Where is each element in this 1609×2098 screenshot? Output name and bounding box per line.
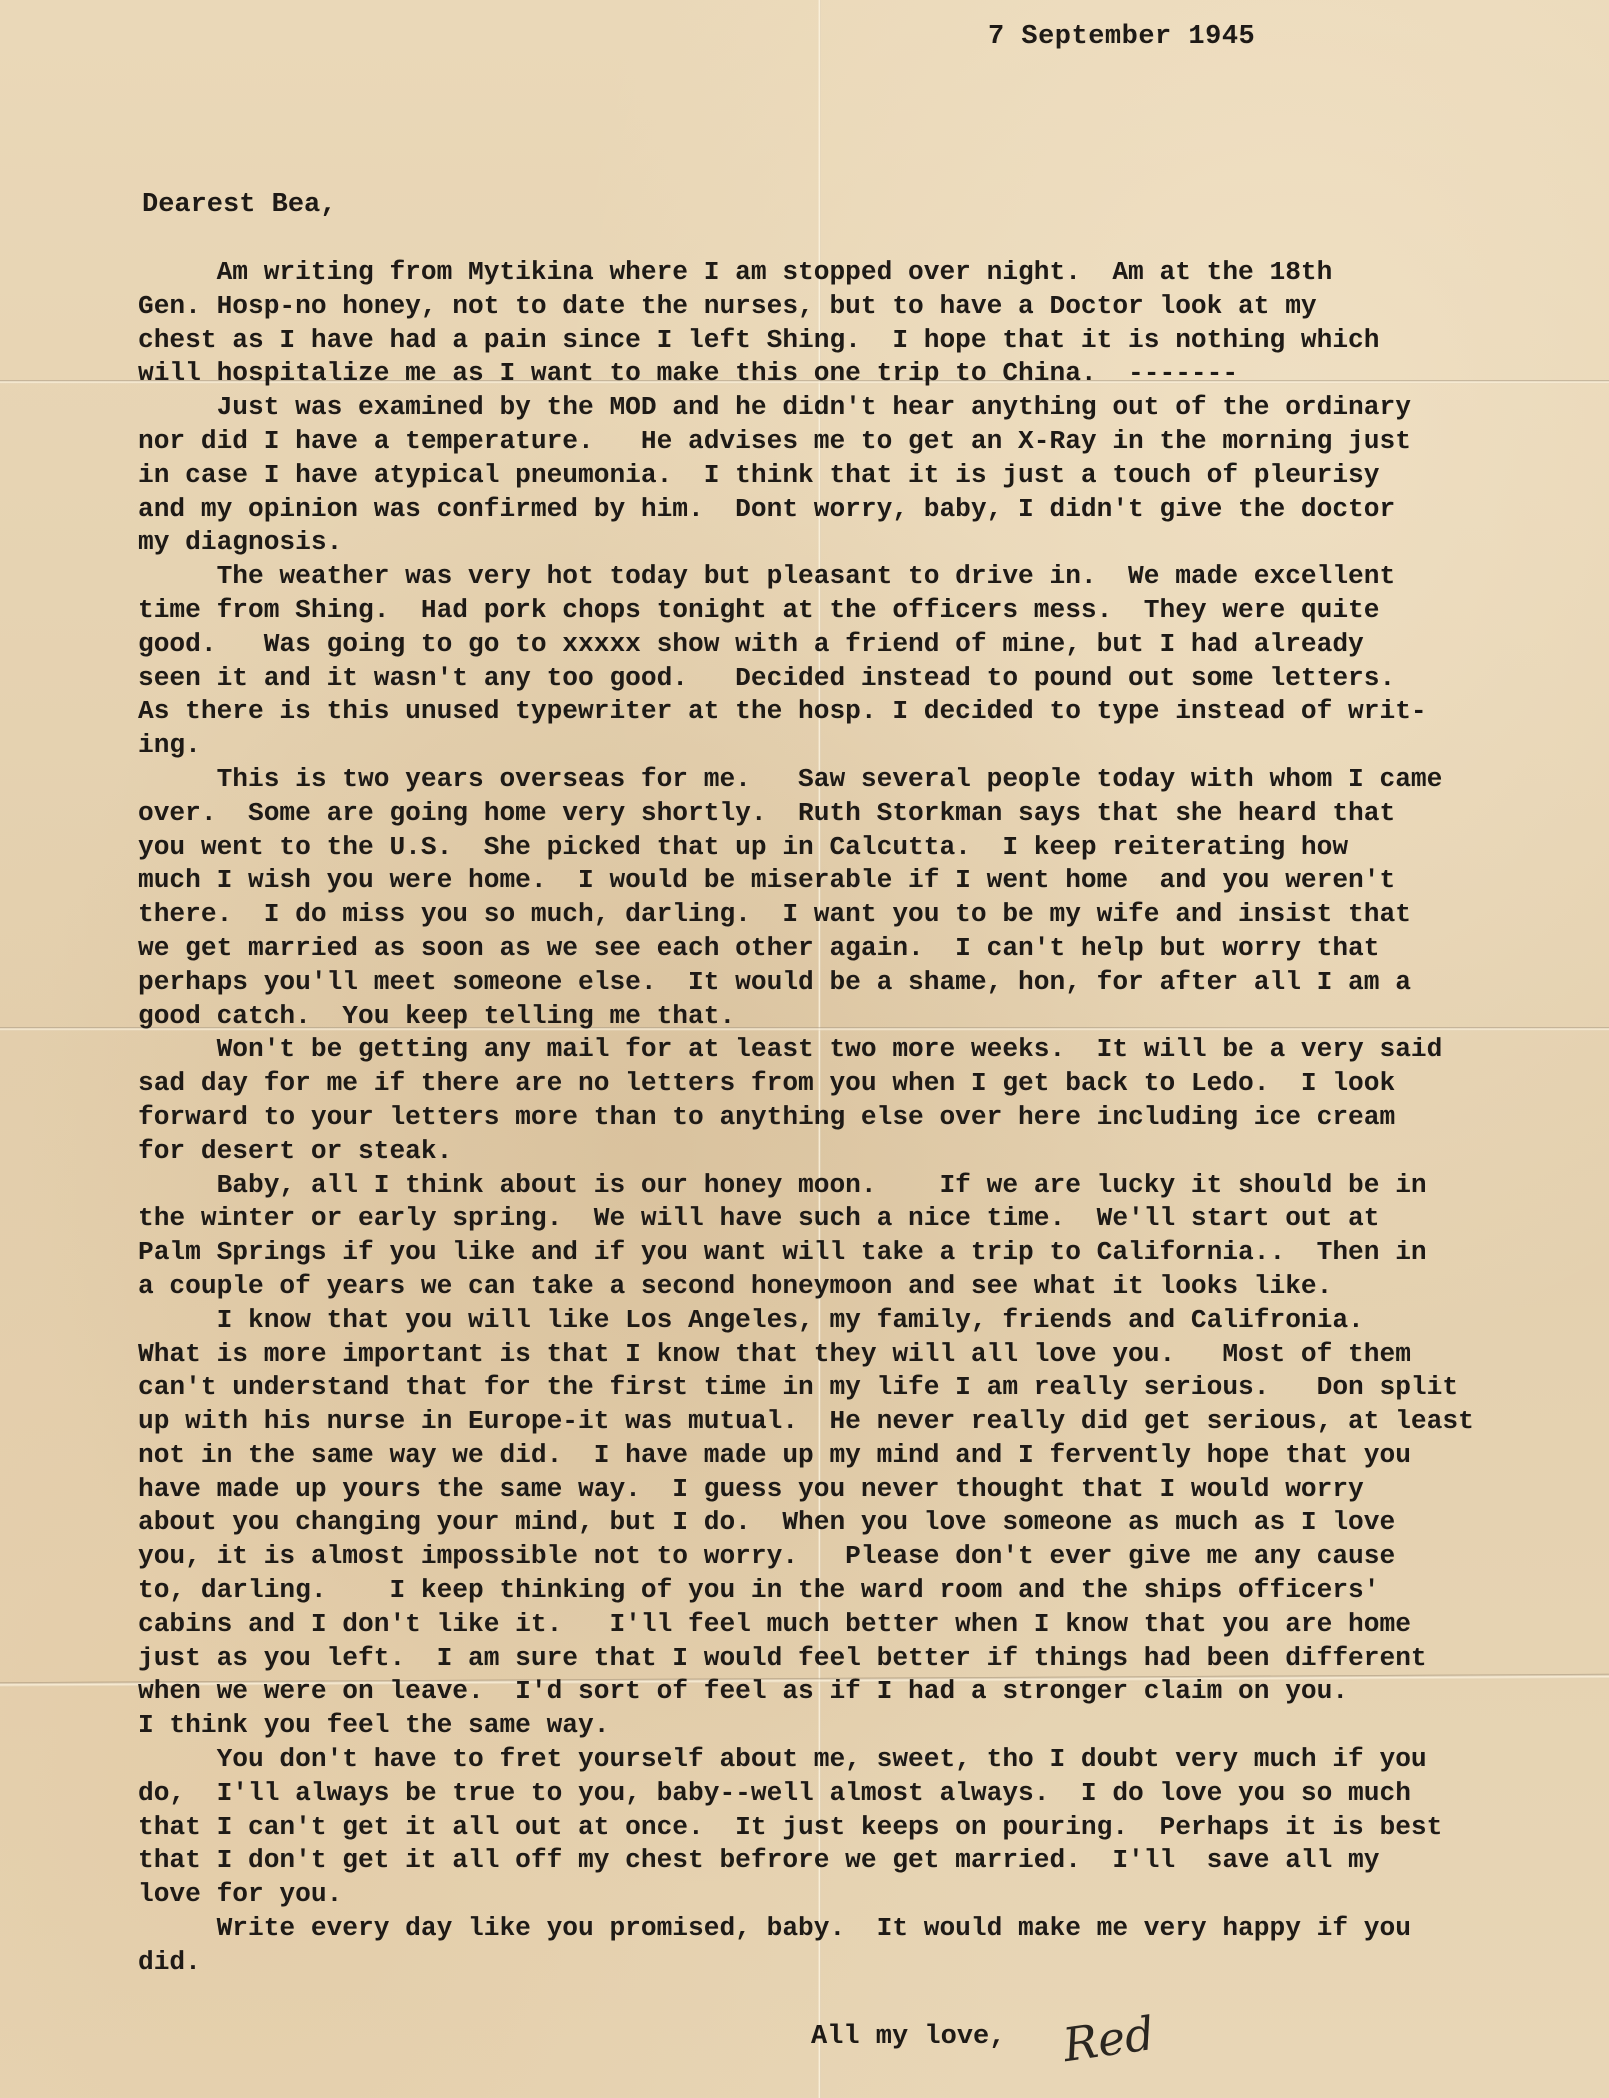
letter-line: Palm Springs if you like and if you want… — [138, 1236, 1578, 1270]
letter-line: This is two years overseas for me. Saw s… — [138, 763, 1578, 797]
letter-line: about you changing your mind, but I do. … — [138, 1506, 1578, 1540]
letter-line: a couple of years we can take a second h… — [138, 1270, 1578, 1304]
letter-line: up with his nurse in Europe-it was mutua… — [138, 1405, 1578, 1439]
handwritten-signature: Red — [1060, 2006, 1158, 2072]
letter-line: for desert or steak. — [138, 1135, 1578, 1169]
letter-line: my diagnosis. — [138, 526, 1578, 560]
letter-line: we get married as soon as we see each ot… — [138, 932, 1578, 966]
letter-line: you went to the U.S. She picked that up … — [138, 831, 1578, 865]
letter-line: forward to your letters more than to any… — [138, 1101, 1578, 1135]
letter-line: You don't have to fret yourself about me… — [138, 1743, 1578, 1777]
letter-line: the winter or early spring. We will have… — [138, 1202, 1578, 1236]
letter-line: over. Some are going home very shortly. … — [138, 797, 1578, 831]
letter-line: there. I do miss you so much, darling. I… — [138, 898, 1578, 932]
letter-line: do, I'll always be true to you, baby--we… — [138, 1777, 1578, 1811]
letter-line: cabins and I don't like it. I'll feel mu… — [138, 1608, 1578, 1642]
letter-line: seen it and it wasn't any too good. Deci… — [138, 662, 1578, 696]
letter-line: Am writing from Mytikina where I am stop… — [138, 256, 1578, 290]
letter-line: Gen. Hosp-no honey, not to date the nurs… — [138, 290, 1578, 324]
letter-line: nor did I have a temperature. He advises… — [138, 425, 1578, 459]
letter-line: much I wish you were home. I would be mi… — [138, 864, 1578, 898]
letter-line: in case I have atypical pneumonia. I thi… — [138, 459, 1578, 493]
letter-line: to, darling. I keep thinking of you in t… — [138, 1574, 1578, 1608]
letter-line: and my opinion was confirmed by him. Don… — [138, 493, 1578, 527]
letter-line: chest as I have had a pain since I left … — [138, 324, 1578, 358]
letter-line: love for you. — [138, 1878, 1578, 1912]
letter-line: when we were on leave. I'd sort of feel … — [138, 1675, 1578, 1709]
letter-line: I think you feel the same way. — [138, 1709, 1578, 1743]
letter-line: time from Shing. Had pork chops tonight … — [138, 594, 1578, 628]
letter-line: Just was examined by the MOD and he didn… — [138, 391, 1578, 425]
letter-page: 7 September 1945 Dearest Bea, Am writing… — [0, 0, 1609, 2098]
letter-line: As there is this unused typewriter at th… — [138, 695, 1578, 729]
letter-line: What is more important is that I know th… — [138, 1338, 1578, 1372]
letter-line: perhaps you'll meet someone else. It wou… — [138, 966, 1578, 1000]
letter-line: not in the same way we did. I have made … — [138, 1439, 1578, 1473]
letter-body: Am writing from Mytikina where I am stop… — [138, 256, 1578, 1980]
letter-line: can't understand that for the first time… — [138, 1371, 1578, 1405]
letter-line: The weather was very hot today but pleas… — [138, 560, 1578, 594]
letter-line: good. Was going to go to xxxxx show with… — [138, 628, 1578, 662]
salutation: Dearest Bea, — [142, 190, 336, 220]
letter-line: that I don't get it all off my chest bef… — [138, 1844, 1578, 1878]
letter-line: Write every day like you promised, baby.… — [138, 1912, 1578, 1946]
letter-line: you, it is almost impossible not to worr… — [138, 1540, 1578, 1574]
letter-line: did. — [138, 1946, 1578, 1980]
letter-line: ing. — [138, 729, 1578, 763]
letter-date: 7 September 1945 — [988, 22, 1255, 52]
closing: All my love, — [811, 2022, 1005, 2052]
letter-line: I know that you will like Los Angeles, m… — [138, 1304, 1578, 1338]
letter-line: sad day for me if there are no letters f… — [138, 1067, 1578, 1101]
letter-line: good catch. You keep telling me that. — [138, 1000, 1578, 1034]
letter-line: will hospitalize me as I want to make th… — [138, 357, 1578, 391]
letter-line: Won't be getting any mail for at least t… — [138, 1033, 1578, 1067]
letter-line: that I can't get it all out at once. It … — [138, 1811, 1578, 1845]
letter-line: Baby, all I think about is our honey moo… — [138, 1169, 1578, 1203]
letter-line: have made up yours the same way. I guess… — [138, 1473, 1578, 1507]
letter-line: just as you left. I am sure that I would… — [138, 1642, 1578, 1676]
